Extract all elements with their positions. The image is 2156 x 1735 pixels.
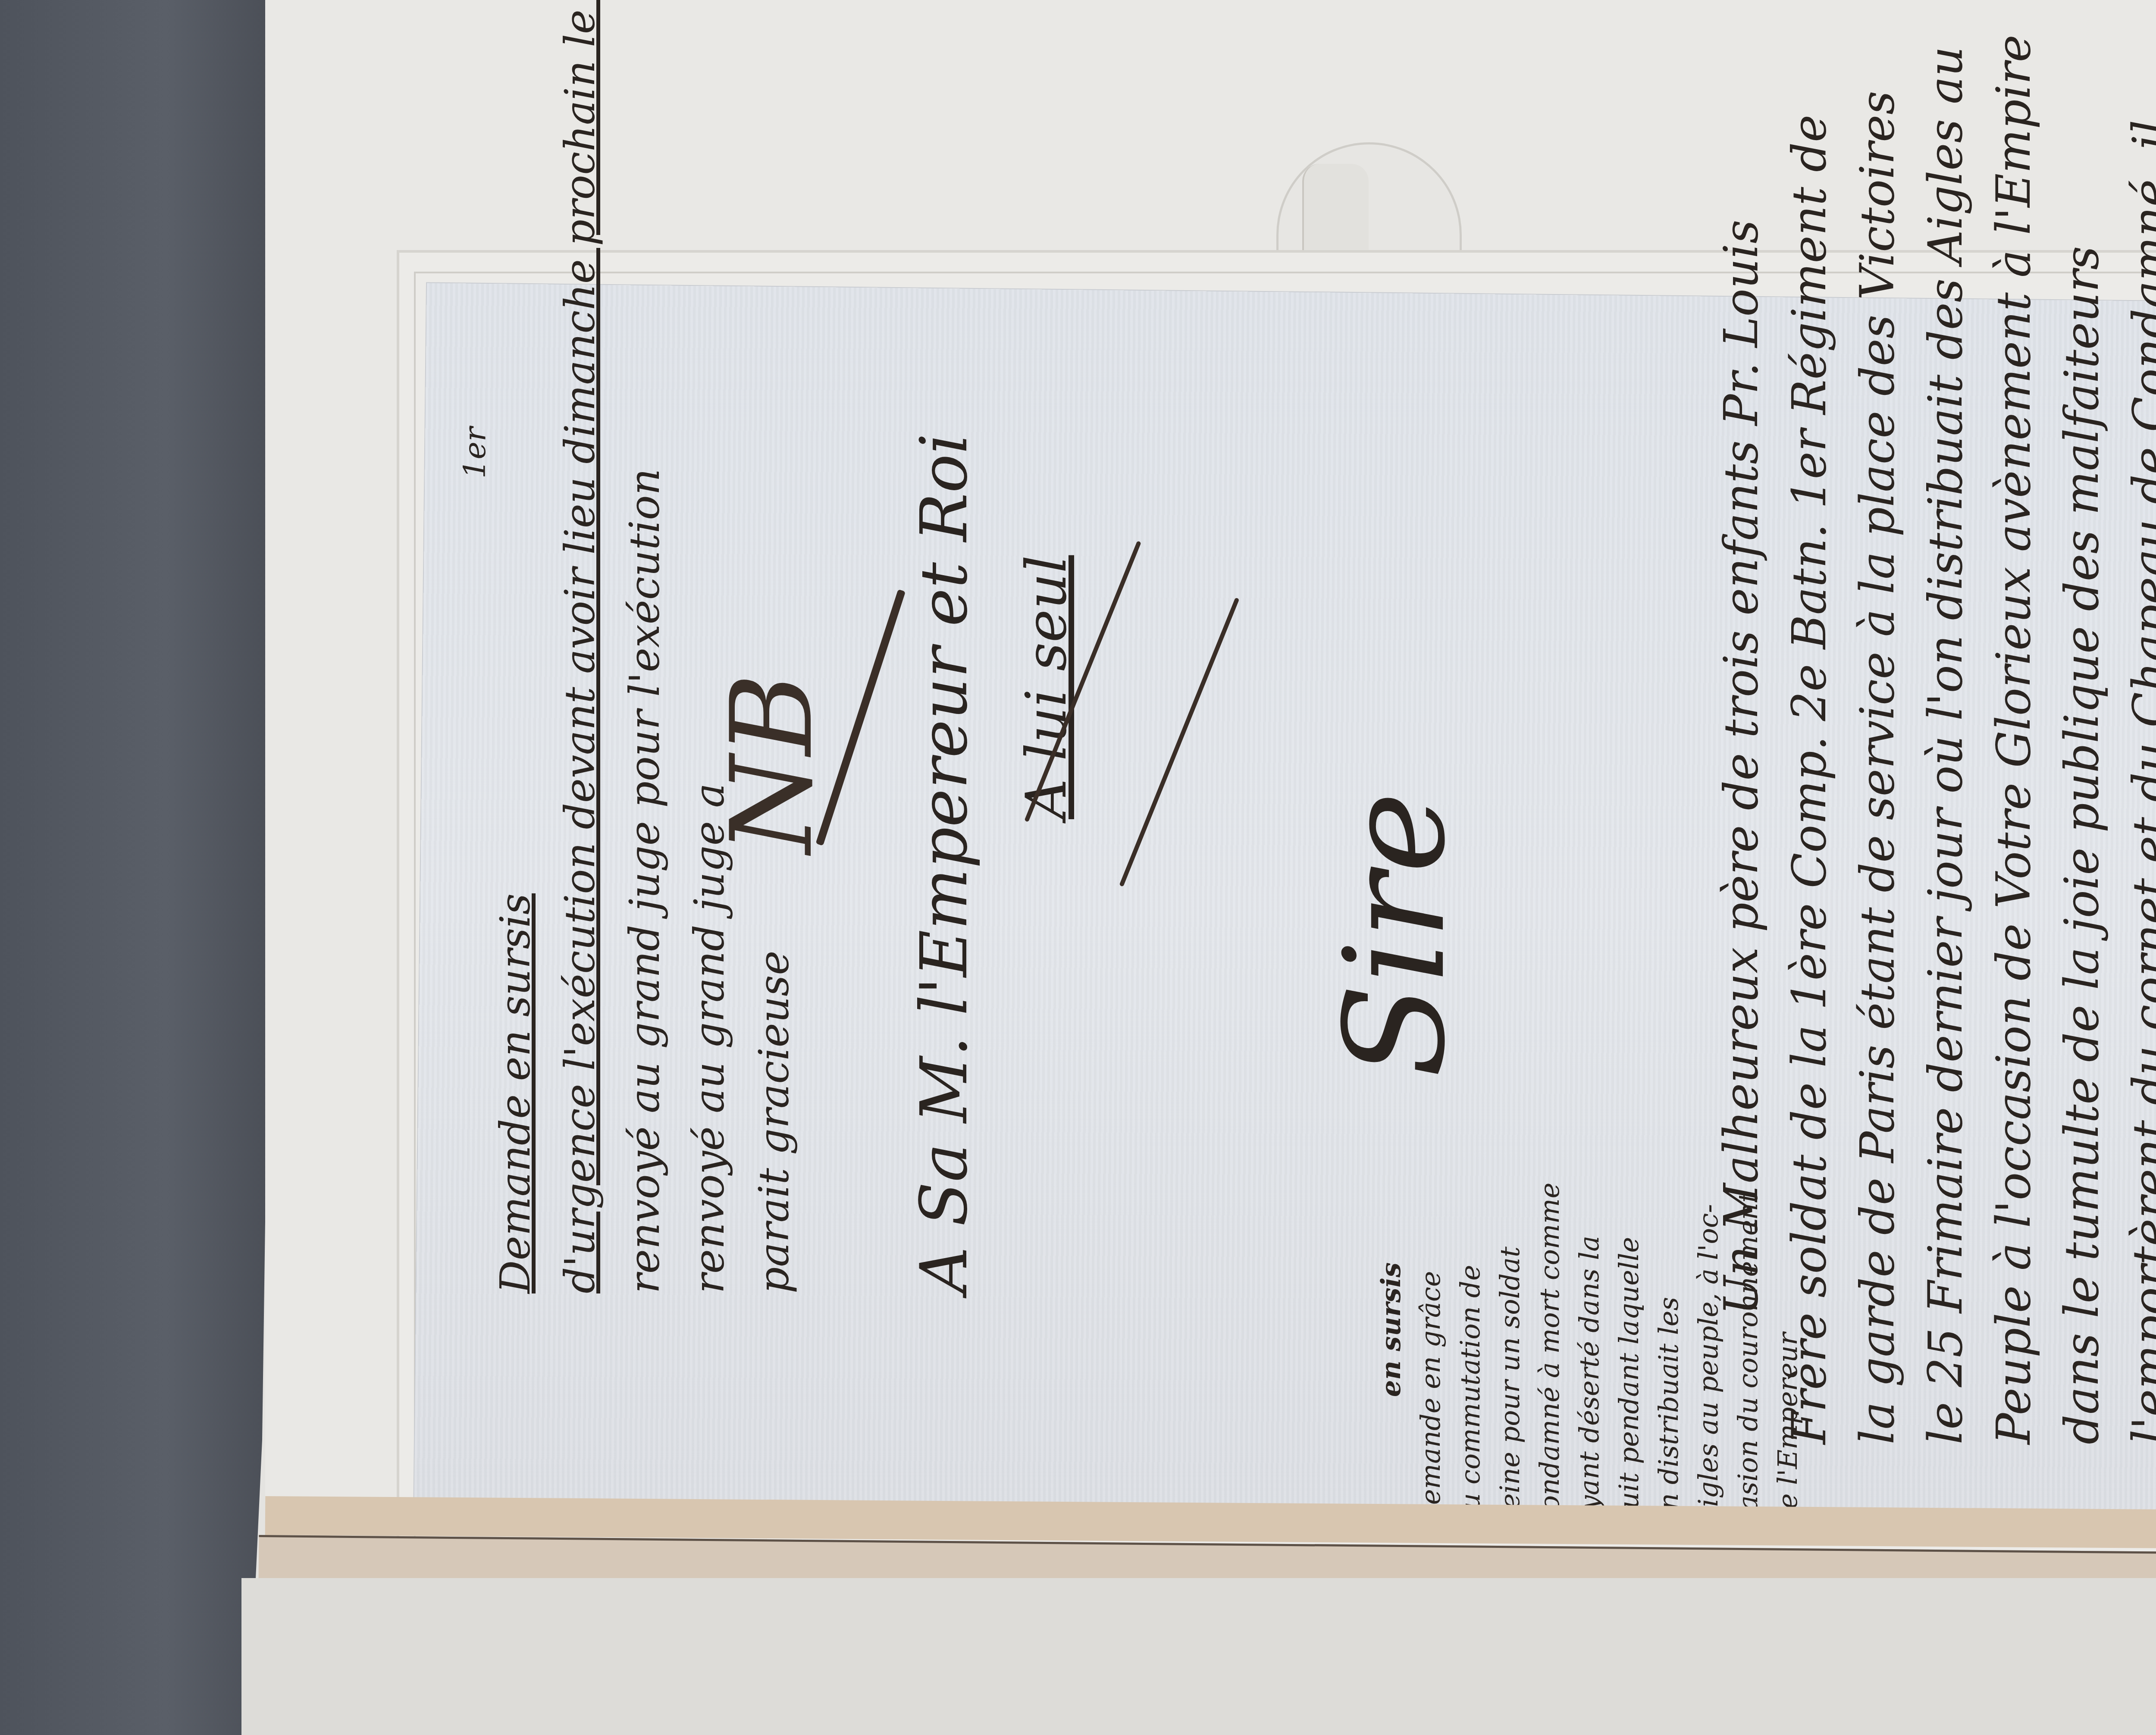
summary-line: nuit pendant laquelle (1609, 1183, 1649, 1526)
address-block: A Sa M. l'Empereur et Roi (897, 433, 992, 1293)
address-line: A Sa M. l'Empereur et Roi (897, 433, 992, 1293)
annotation-line: renvoyé au grand juge a (677, 0, 742, 1293)
summary-line: ayant déserté dans la (1570, 1183, 1609, 1526)
body-line: Frère soldat de la 1ère Comp. 2e Batn. 1… (1776, 34, 1844, 1444)
annotation-line: parait gracieuse (742, 0, 806, 1293)
address-confidential: A lui seul (1013, 555, 1079, 819)
body-line: la garde de Paris étant de service à la … (1844, 34, 1912, 1444)
paraph-signature: NB (707, 673, 837, 854)
facing-page (241, 1578, 2156, 1735)
summary-line: Demande en grâce (1411, 1183, 1451, 1526)
body-line: le 25 Frimaire dernier jour où l'on dist… (1912, 34, 1980, 1444)
annotation-line: renvoyé au grand juge pour l'exécution (612, 0, 677, 1293)
annotation-line: d'urgence l'exécution devant avoir lieu … (548, 0, 612, 1293)
body-line: Peuple à l'occasion de Votre Glorieux av… (1980, 34, 2048, 1444)
letter-body: Un Malheureux père de trois enfants Pr. … (1708, 34, 2156, 1444)
dark-background (0, 0, 276, 1735)
annotation-line: Demande en sursis (483, 0, 548, 1293)
top-annotation: Demande en sursis d'urgence l'exécution … (483, 0, 806, 1293)
summary-line: ou commutation de (1451, 1183, 1490, 1526)
summary-line: condamné à mort comme (1530, 1183, 1570, 1526)
summary-line: peine pour un soldat (1490, 1183, 1530, 1526)
summary-line: on distribuait les (1649, 1183, 1689, 1526)
body-line: Un Malheureux père de trois enfants Pr. … (1708, 34, 1776, 1444)
body-line: dans le tumulte de la joie publique des … (2048, 34, 2116, 1444)
salutation: Sire (1315, 792, 1476, 1078)
body-line: l'emportèrent du cornet et du Chapeau de… (2116, 34, 2156, 1444)
summary-heading: en sursis (1371, 1183, 1411, 1526)
